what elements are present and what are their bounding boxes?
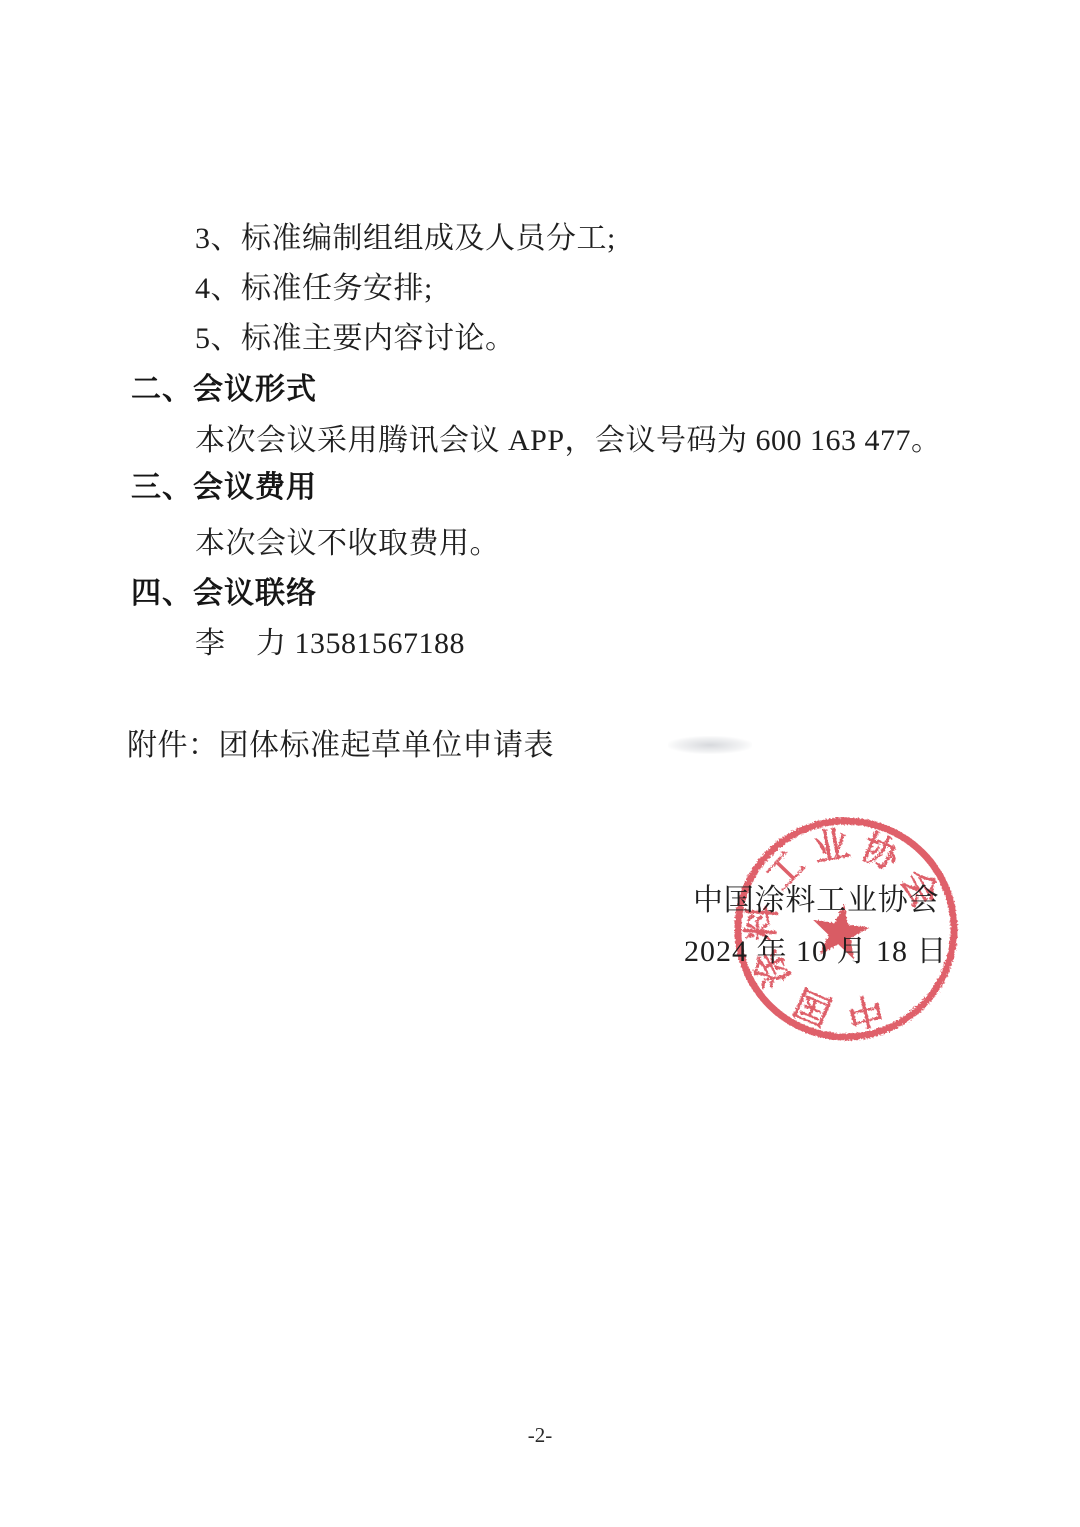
attachment-line: 附件：团体标准起草单位申请表 xyxy=(127,729,554,764)
agenda-item-3: 3、标准编制组组成及人员分工; xyxy=(195,222,616,257)
seal-arc-char: 中 xyxy=(843,987,887,1034)
section-heading-meeting-fee: 三、会议费用 xyxy=(131,471,317,506)
signature-organization: 中国涂料工业协会 xyxy=(693,884,939,919)
section-heading-meeting-contact: 四、会议联络 xyxy=(131,577,317,612)
seal-arc-char: 业 xyxy=(810,823,852,869)
signature-date: 2024 年 10 月 18 日 xyxy=(684,935,948,970)
section-body-meeting-format: 本次会议采用腾讯会议 APP，会议号码为 600 163 477。 xyxy=(195,424,942,459)
section-body-meeting-contact: 李 力 13581567188 xyxy=(195,627,465,662)
official-seal: 中 国 涂 料 工 业 协 会 xyxy=(731,817,961,1047)
scan-artifact xyxy=(668,736,752,754)
section-body-meeting-fee: 本次会议不收取费用。 xyxy=(195,527,500,562)
page-number: -2- xyxy=(0,1423,1080,1448)
agenda-item-5: 5、标准主要内容讨论。 xyxy=(195,322,516,357)
agenda-item-4: 4、标准任务安排; xyxy=(195,272,433,307)
document-page: 3、标准编制组组成及人员分工; 4、标准任务安排; 5、标准主要内容讨论。 二、… xyxy=(0,0,1080,1527)
section-heading-meeting-format: 二、会议形式 xyxy=(131,373,317,408)
